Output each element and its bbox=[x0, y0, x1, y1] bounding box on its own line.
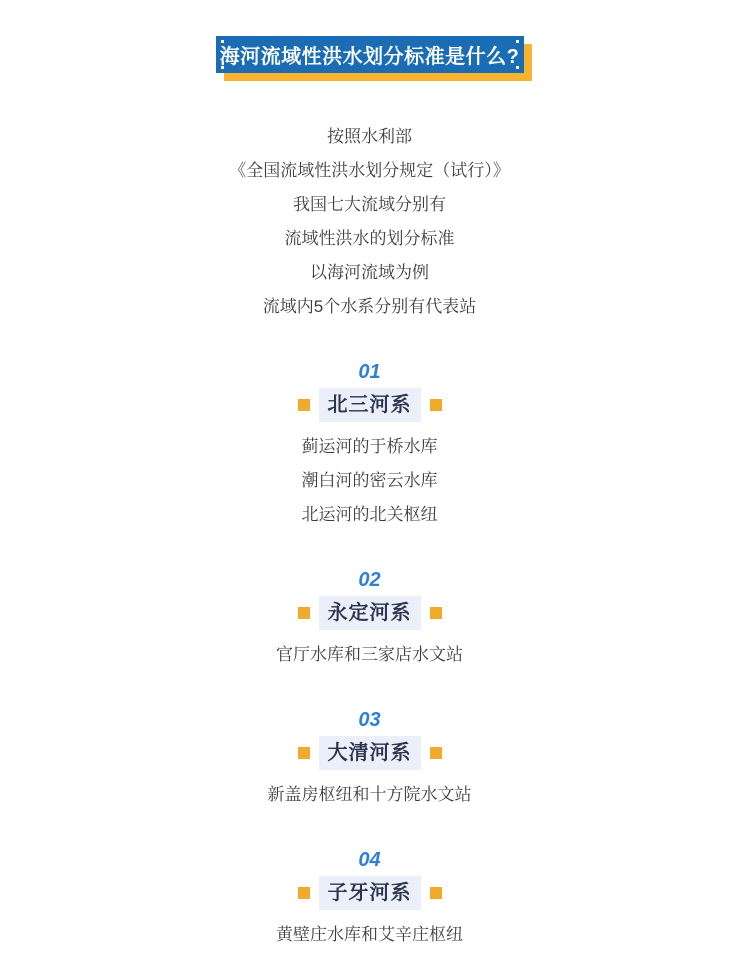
intro-line: 我国七大流域分别有 bbox=[0, 188, 739, 222]
section-line: 蓟运河的于桥水库 bbox=[0, 430, 739, 464]
banner-box: 海河流域性洪水划分标准是什么? bbox=[216, 36, 524, 73]
yellow-square-icon bbox=[430, 887, 442, 899]
section-label: 永定河系 bbox=[319, 596, 421, 630]
section-label-row: 子牙河系 bbox=[0, 876, 739, 910]
section-text-block: 官厅水库和三家店水文站 bbox=[0, 638, 739, 672]
intro-line: 《全国流域性洪水划分规定（试行）》 bbox=[0, 154, 739, 188]
section-label-row: 大清河系 bbox=[0, 736, 739, 770]
section-04-ziyahe: 04 子牙河系 黄壁庄水库和艾辛庄枢纽 bbox=[0, 848, 739, 952]
section-02-yongdinghe: 02 永定河系 官厅水库和三家店水文站 bbox=[0, 568, 739, 672]
section-number: 04 bbox=[0, 848, 739, 872]
intro-line: 按照水利部 bbox=[0, 120, 739, 154]
section-line: 黄壁庄水库和艾辛庄枢纽 bbox=[0, 918, 739, 952]
section-text-block: 黄壁庄水库和艾辛庄枢纽 bbox=[0, 918, 739, 952]
title-banner: 海河流域性洪水划分标准是什么? bbox=[216, 36, 524, 73]
section-03-daqinghe: 03 大清河系 新盖房枢纽和十方院水文站 bbox=[0, 708, 739, 812]
intro-text-block: 按照水利部 《全国流域性洪水划分规定（试行）》 我国七大流域分别有 流域性洪水的… bbox=[0, 120, 739, 324]
section-label-row: 北三河系 bbox=[0, 388, 739, 422]
intro-line: 流域性洪水的划分标准 bbox=[0, 222, 739, 256]
banner-corner-dot-top-left bbox=[221, 40, 224, 43]
intro-line: 流域内5个水系分别有代表站 bbox=[0, 290, 739, 324]
section-line: 新盖房枢纽和十方院水文站 bbox=[0, 778, 739, 812]
yellow-square-icon bbox=[430, 747, 442, 759]
section-label: 北三河系 bbox=[319, 388, 421, 422]
yellow-square-icon bbox=[430, 399, 442, 411]
section-text-block: 蓟运河的于桥水库 潮白河的密云水库 北运河的北关枢纽 bbox=[0, 430, 739, 532]
section-number: 02 bbox=[0, 568, 739, 592]
yellow-square-icon bbox=[430, 607, 442, 619]
banner-corner-dot-top-right bbox=[516, 40, 519, 43]
banner-corner-dot-bottom-left bbox=[221, 66, 224, 69]
section-01-beisanhe: 01 北三河系 蓟运河的于桥水库 潮白河的密云水库 北运河的北关枢纽 bbox=[0, 360, 739, 532]
section-line: 潮白河的密云水库 bbox=[0, 464, 739, 498]
section-number: 01 bbox=[0, 360, 739, 384]
section-label: 大清河系 bbox=[319, 736, 421, 770]
section-line: 北运河的北关枢纽 bbox=[0, 498, 739, 532]
yellow-square-icon bbox=[298, 747, 310, 759]
yellow-square-icon bbox=[298, 607, 310, 619]
yellow-square-icon bbox=[298, 399, 310, 411]
intro-line: 以海河流域为例 bbox=[0, 256, 739, 290]
section-label-row: 永定河系 bbox=[0, 596, 739, 630]
section-text-block: 新盖房枢纽和十方院水文站 bbox=[0, 778, 739, 812]
section-number: 03 bbox=[0, 708, 739, 732]
page-title: 海河流域性洪水划分标准是什么? bbox=[220, 40, 520, 69]
banner-corner-dot-bottom-right bbox=[516, 66, 519, 69]
yellow-square-icon bbox=[298, 887, 310, 899]
section-line: 官厅水库和三家店水文站 bbox=[0, 638, 739, 672]
section-label: 子牙河系 bbox=[319, 876, 421, 910]
